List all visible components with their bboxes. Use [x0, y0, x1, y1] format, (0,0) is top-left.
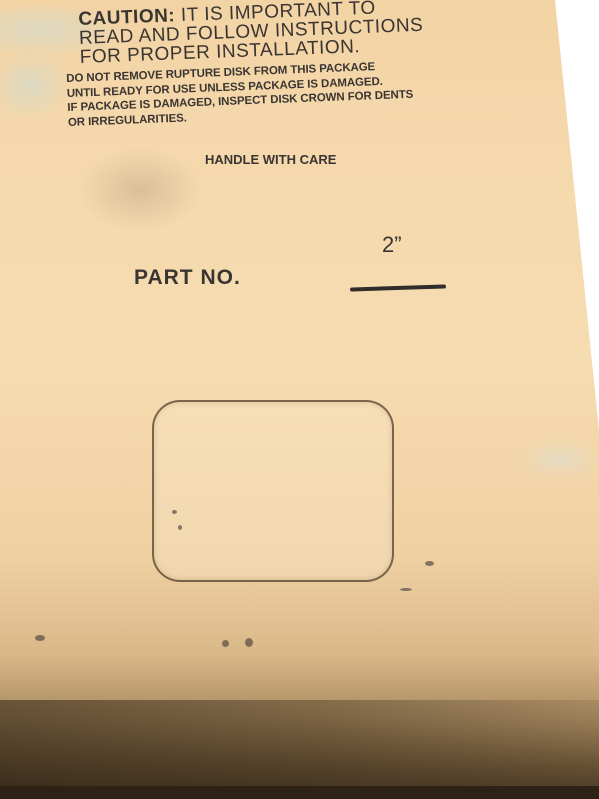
ink-speck: [35, 635, 45, 641]
photo-scene: CAUTION: IT IS IMPORTANT TO READ AND FOL…: [0, 0, 599, 799]
part-number-label: PART NO.: [134, 266, 241, 290]
ink-speck: [222, 640, 229, 647]
handle-with-care-label: HANDLE WITH CARE: [205, 152, 336, 167]
ink-speck: [178, 525, 182, 530]
box-bottom-edge: [0, 786, 599, 799]
die-cut-window: [152, 400, 394, 582]
part-number-value: 2”: [382, 232, 402, 258]
ink-speck: [400, 588, 412, 591]
ink-speck: [172, 510, 177, 514]
ink-speck: [245, 638, 253, 647]
ink-speck: [425, 561, 434, 566]
